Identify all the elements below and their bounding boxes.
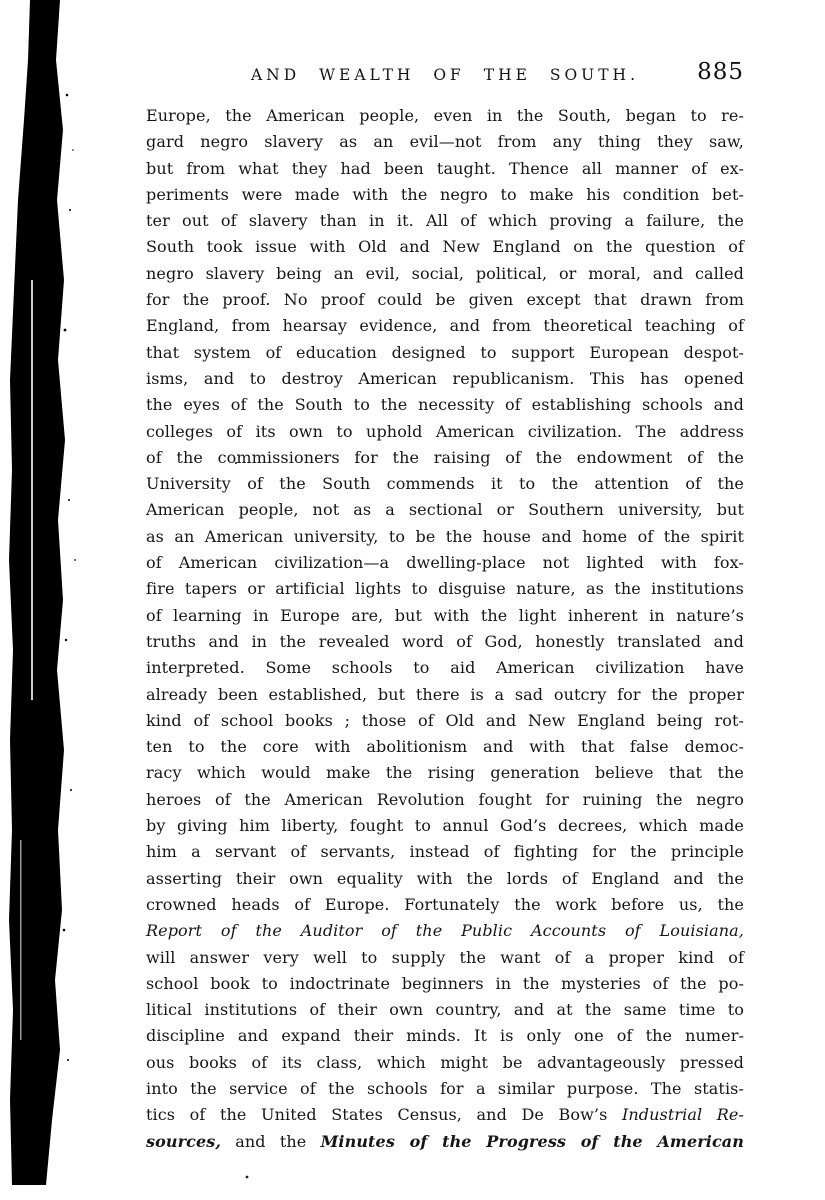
text-line: him a servant of servants, instead of fi… bbox=[146, 839, 744, 865]
page-header: AND WEALTH OF THE SOUTH. 885 bbox=[146, 66, 744, 96]
text-line: as an American university, to be the hou… bbox=[146, 524, 744, 550]
text-line: American people, not as a sectional or S… bbox=[146, 497, 744, 523]
text-line: into the service of the schools for a si… bbox=[146, 1076, 744, 1102]
scan-speckles bbox=[63, 94, 76, 1061]
text-line: will answer very well to supply the want… bbox=[146, 945, 744, 971]
text-line: discipline and expand their minds. It is… bbox=[146, 1023, 744, 1049]
text-line: ous books of its class, which might be a… bbox=[146, 1050, 744, 1076]
text-line: for the proof. No proof could be given e… bbox=[146, 287, 744, 313]
text-line: racy which would make the rising generat… bbox=[146, 760, 744, 786]
text-line: of the commissioners for the raising of … bbox=[146, 445, 744, 471]
text-line: Report of the Auditor of the Public Acco… bbox=[146, 918, 744, 944]
text-line: ten to the core with abolitionism and wi… bbox=[146, 734, 744, 760]
text-line: kind of school books ; those of Old and … bbox=[146, 708, 744, 734]
running-title: AND WEALTH OF THE SOUTH. bbox=[146, 66, 744, 84]
binding-gutter-shadow bbox=[0, 0, 90, 1200]
text-line: litical institutions of their own countr… bbox=[146, 997, 744, 1023]
text-line: crowned heads of Europe. Fortunately the… bbox=[146, 892, 744, 918]
text-line: University of the South commends it to t… bbox=[146, 471, 744, 497]
page-number: 885 bbox=[697, 59, 744, 85]
text-line: colleges of its own to uphold American c… bbox=[146, 419, 744, 445]
text-line: negro slavery being an evil, social, pol… bbox=[146, 261, 744, 287]
text-line: gard negro slavery as an evil—not from a… bbox=[146, 129, 744, 155]
text-line: the eyes of the South to the necessity o… bbox=[146, 392, 744, 418]
text-line: fire tapers or artificial lights to disg… bbox=[146, 576, 744, 602]
text-line: periments were made with the negro to ma… bbox=[146, 182, 744, 208]
text-line: ter out of slavery than in it. All of wh… bbox=[146, 208, 744, 234]
text-line: Europe, the American people, even in the… bbox=[146, 103, 744, 129]
text-line: asserting their own equality with the lo… bbox=[146, 866, 744, 892]
text-line: already been established, but there is a… bbox=[146, 682, 744, 708]
text-line: South took issue with Old and New Englan… bbox=[146, 234, 744, 260]
text-line: interpreted. Some schools to aid America… bbox=[146, 655, 744, 681]
text-line: of learning in Europe are, but with the … bbox=[146, 603, 744, 629]
text-line: school book to indoctrinate beginners in… bbox=[146, 971, 744, 997]
text-line: that system of education designed to sup… bbox=[146, 340, 744, 366]
text-line: truths and in the revealed word of God, … bbox=[146, 629, 744, 655]
text-line: of American civilization—a dwelling-plac… bbox=[146, 550, 744, 576]
binding-strip bbox=[9, 0, 65, 1185]
text-line: heroes of the American Revolution fought… bbox=[146, 787, 744, 813]
text-line: by giving him liberty, fought to annul G… bbox=[146, 813, 744, 839]
text-line: England, from hearsay evidence, and from… bbox=[146, 313, 744, 339]
text-line: isms, and to destroy American republican… bbox=[146, 366, 744, 392]
body-text: Europe, the American people, even in the… bbox=[146, 103, 744, 1155]
text-line: tics of the United States Census, and De… bbox=[146, 1102, 744, 1128]
text-line: but from what they had been taught. Then… bbox=[146, 156, 744, 182]
text-line: sources, and the Minutes of the Progress… bbox=[146, 1129, 744, 1155]
book-page: AND WEALTH OF THE SOUTH. 885 Europe, the… bbox=[0, 0, 825, 1200]
